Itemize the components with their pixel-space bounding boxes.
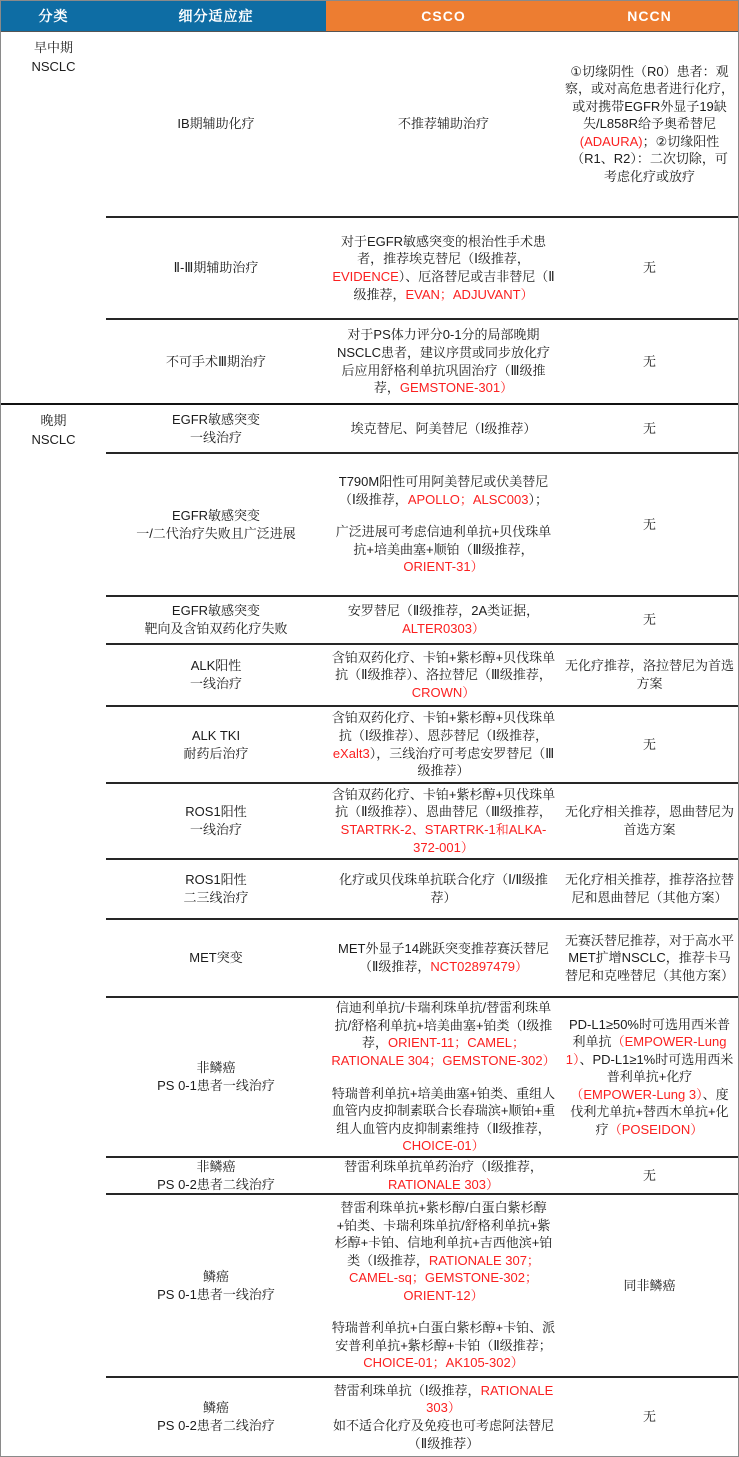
csco-cell: T790M阳性可用阿美替尼或伏美替尼（Ⅰ级推荐，APOLLO；ALSC003）；… xyxy=(326,454,561,595)
nccn-cell: 无 xyxy=(561,1378,738,1456)
table-section: 晚期 NSCLCEGFR敏感突变 一线治疗埃克替尼、阿美替尼（Ⅰ级推荐）无EGF… xyxy=(1,403,738,1456)
indication-cell: 非鳞癌 PS 0-2患者二线治疗 xyxy=(106,1158,326,1193)
csco-cell: MET外显子14跳跃突变推荐赛沃替尼（Ⅱ级推荐，NCT02897479） xyxy=(326,920,561,996)
table-section: 早中期 NSCLCIB期辅助化疗不推荐辅助治疗①切缘阴性（R0）患者：观察，或对… xyxy=(1,32,738,403)
nccn-cell: 无 xyxy=(561,405,738,452)
nccn-cell: 无化疗相关推荐，推荐洛拉替尼和恩曲替尼（其他方案） xyxy=(561,860,738,918)
table-row: ALK TKI 耐药后治疗含铂双药化疗、卡铂+紫杉醇+贝伐珠单抗（Ⅰ级推荐）、恩… xyxy=(106,705,738,782)
indication-cell: EGFR敏感突变 一线治疗 xyxy=(106,405,326,452)
indication-cell: EGFR敏感突变 一/二代治疗失败且广泛进展 xyxy=(106,454,326,595)
nccn-cell: 无化疗推荐，洛拉替尼为首选方案 xyxy=(561,645,738,705)
table-header-nccn: NCCN xyxy=(561,1,738,31)
table-header-category: 分类 xyxy=(1,1,106,31)
indication-cell: ROS1阳性 二三线治疗 xyxy=(106,860,326,918)
csco-cell: 安罗替尼（Ⅱ级推荐，2A类证据，ALTER0303） xyxy=(326,597,561,643)
csco-cell: 含铂双药化疗、卡铂+紫杉醇+贝伐珠单抗（Ⅱ级推荐）、洛拉替尼（Ⅲ级推荐，CROW… xyxy=(326,645,561,705)
nccn-cell: 无 xyxy=(561,1158,738,1193)
nccn-cell: 无 xyxy=(561,320,738,403)
nccn-cell: ①切缘阴性（R0）患者：观察，或对高危患者进行化疗，或对携带EGFR外显子19缺… xyxy=(561,32,738,216)
table-header-csco: CSCO xyxy=(326,1,561,31)
csco-cell: 含铂双药化疗、卡铂+紫杉醇+贝伐珠单抗（Ⅱ级推荐）、恩曲替尼（Ⅲ级推荐，STAR… xyxy=(326,784,561,858)
nccn-cell: 无赛沃替尼推荐，对于高水平MET扩增NSCLC，推荐卡马替尼和克唑替尼（其他方案… xyxy=(561,920,738,996)
table-row: EGFR敏感突变 靶向及含铂双药化疗失败安罗替尼（Ⅱ级推荐，2A类证据，ALTE… xyxy=(106,595,738,643)
indication-cell: Ⅱ-Ⅲ期辅助治疗 xyxy=(106,218,326,318)
table-row: 鳞癌 PS 0-1患者一线治疗替雷利珠单抗+紫杉醇/白蛋白紫杉醇+铂类、卡瑞利珠… xyxy=(106,1193,738,1376)
table-row: 非鳞癌 PS 0-2患者二线治疗替雷利珠单抗单药治疗（Ⅰ级推荐，RATIONAL… xyxy=(106,1156,738,1193)
csco-cell: 化疗或贝伐珠单抗联合化疗（Ⅰ/Ⅱ级推荐） xyxy=(326,860,561,918)
csco-cell: 对于EGFR敏感突变的根治性手术患者，推荐埃克替尼（Ⅰ级推荐，EVIDENCE）… xyxy=(326,218,561,318)
table-row: EGFR敏感突变 一/二代治疗失败且广泛进展T790M阳性可用阿美替尼或伏美替尼… xyxy=(106,452,738,595)
nccn-cell: 同非鳞癌 xyxy=(561,1195,738,1376)
csco-cell: 含铂双药化疗、卡铂+紫杉醇+贝伐珠单抗（Ⅰ级推荐）、恩莎替尼（Ⅰ级推荐，eXal… xyxy=(326,707,561,782)
category-cell: 早中期 NSCLC xyxy=(1,32,106,403)
indication-cell: 非鳞癌 PS 0-1患者一线治疗 xyxy=(106,998,326,1156)
nccn-cell: PD-L1≥50%时可选用西米普利单抗（EMPOWER-Lung 1）、PD-L… xyxy=(561,998,738,1156)
indication-cell: ALK TKI 耐药后治疗 xyxy=(106,707,326,782)
table-row: ALK阳性 一线治疗含铂双药化疗、卡铂+紫杉醇+贝伐珠单抗（Ⅱ级推荐）、洛拉替尼… xyxy=(106,643,738,705)
indication-cell: IB期辅助化疗 xyxy=(106,32,326,216)
csco-cell: 不推荐辅助治疗 xyxy=(326,32,561,216)
nccn-cell: 无 xyxy=(561,707,738,782)
table-row: IB期辅助化疗不推荐辅助治疗①切缘阴性（R0）患者：观察，或对高危患者进行化疗，… xyxy=(106,32,738,216)
nccn-cell: 无 xyxy=(561,218,738,318)
table-row: EGFR敏感突变 一线治疗埃克替尼、阿美替尼（Ⅰ级推荐）无 xyxy=(106,405,738,452)
csco-cell: 信迪利单抗/卡瑞利珠单抗/替雷利珠单抗/舒格利单抗+培美曲塞+铂类（Ⅰ级推荐，O… xyxy=(326,998,561,1156)
csco-cell: 替雷利珠单抗（Ⅰ级推荐，RATIONALE 303）如不适合化疗及免疫也可考虑阿… xyxy=(326,1378,561,1456)
table-row: 不可手术Ⅲ期治疗对于PS体力评分0-1分的局部晚期NSCLC患者，建议序贯或同步… xyxy=(106,318,738,403)
indication-cell: ROS1阳性 一线治疗 xyxy=(106,784,326,858)
indication-cell: 鳞癌 PS 0-1患者一线治疗 xyxy=(106,1195,326,1376)
table-row: MET突变MET外显子14跳跃突变推荐赛沃替尼（Ⅱ级推荐，NCT02897479… xyxy=(106,918,738,996)
csco-cell: 埃克替尼、阿美替尼（Ⅰ级推荐） xyxy=(326,405,561,452)
indication-cell: 鳞癌 PS 0-2患者二线治疗 xyxy=(106,1378,326,1456)
indication-cell: EGFR敏感突变 靶向及含铂双药化疗失败 xyxy=(106,597,326,643)
indication-cell: ALK阳性 一线治疗 xyxy=(106,645,326,705)
category-cell: 晚期 NSCLC xyxy=(1,405,106,1456)
csco-cell: 对于PS体力评分0-1分的局部晚期NSCLC患者，建议序贯或同步放化疗后应用舒格… xyxy=(326,320,561,403)
table-row: 鳞癌 PS 0-2患者二线治疗替雷利珠单抗（Ⅰ级推荐，RATIONALE 303… xyxy=(106,1376,738,1456)
nccn-cell: 无 xyxy=(561,454,738,595)
table-body: 早中期 NSCLCIB期辅助化疗不推荐辅助治疗①切缘阴性（R0）患者：观察，或对… xyxy=(1,32,738,1456)
nccn-cell: 无 xyxy=(561,597,738,643)
csco-cell: 替雷利珠单抗+紫杉醇/白蛋白紫杉醇+铂类、卡瑞利珠单抗/舒格利单抗+紫杉醇+卡铂… xyxy=(326,1195,561,1376)
indication-cell: 不可手术Ⅲ期治疗 xyxy=(106,320,326,403)
table-header-indication: 细分适应症 xyxy=(106,1,326,31)
table-row: ROS1阳性 一线治疗含铂双药化疗、卡铂+紫杉醇+贝伐珠单抗（Ⅱ级推荐）、恩曲替… xyxy=(106,782,738,858)
csco-cell: 替雷利珠单抗单药治疗（Ⅰ级推荐，RATIONALE 303） xyxy=(326,1158,561,1193)
nccn-cell: 无化疗相关推荐，恩曲替尼为首选方案 xyxy=(561,784,738,858)
table-row: ROS1阳性 二三线治疗化疗或贝伐珠单抗联合化疗（Ⅰ/Ⅱ级推荐）无化疗相关推荐，… xyxy=(106,858,738,918)
table-row: 非鳞癌 PS 0-1患者一线治疗信迪利单抗/卡瑞利珠单抗/替雷利珠单抗/舒格利单… xyxy=(106,996,738,1156)
table-header-row: 分类 细分适应症 CSCO NCCN xyxy=(1,1,738,32)
guideline-comparison-table: 分类 细分适应症 CSCO NCCN 早中期 NSCLCIB期辅助化疗不推荐辅助… xyxy=(0,0,739,1457)
indication-cell: MET突变 xyxy=(106,920,326,996)
table-row: Ⅱ-Ⅲ期辅助治疗对于EGFR敏感突变的根治性手术患者，推荐埃克替尼（Ⅰ级推荐，E… xyxy=(106,216,738,318)
